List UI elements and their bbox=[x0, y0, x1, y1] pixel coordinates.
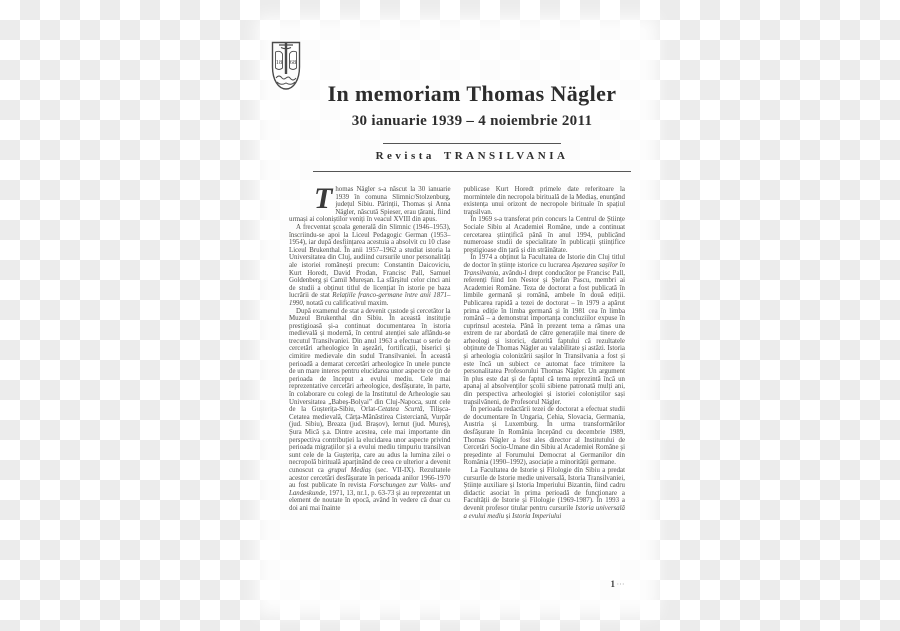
paragraph: A frecventat școala generală din Slimnic… bbox=[289, 224, 451, 308]
page-number-marks: ››› bbox=[617, 582, 625, 587]
header-divider-top bbox=[383, 143, 561, 144]
page-title: In memoriam Thomas Nägler bbox=[298, 81, 646, 107]
drop-cap: T bbox=[314, 187, 332, 210]
transparency-checkerboard-background: 18 68 In memoriam Thomas Nägler 30 ianua… bbox=[0, 0, 900, 631]
paragraph: În 1969 s-a transferat prin concurs la C… bbox=[464, 216, 626, 254]
right-column: publicase Kurt Horedt primele date refer… bbox=[464, 186, 626, 572]
subtitle-dates: 30 ianuarie 1939 – 4 noiembrie 2011 bbox=[298, 113, 646, 130]
page-number: 1 bbox=[611, 579, 616, 589]
left-column: Thomas Nägler s-a născut la 30 ianuarie … bbox=[289, 186, 451, 572]
journal-name: RevistaTRANSILVANIA bbox=[298, 150, 646, 162]
paragraph: publicase Kurt Horedt primele date refer… bbox=[464, 186, 626, 216]
journal-word-transilvania: TRANSILVANIA bbox=[444, 150, 569, 162]
page-footer: 1››› bbox=[611, 579, 626, 589]
article-body: Thomas Nägler s-a născut la 30 ianuarie … bbox=[289, 186, 625, 572]
journal-word-revista: Revista bbox=[376, 150, 435, 162]
paragraph: La Facultatea de Istorie și Filologie di… bbox=[464, 467, 626, 520]
emblem-year-left: 18 bbox=[276, 59, 283, 66]
document-page: 18 68 In memoriam Thomas Nägler 30 ianua… bbox=[268, 28, 646, 604]
paragraph: După examenul de stat a devenit custode … bbox=[289, 308, 451, 513]
paragraph: În perioada redactării tezei de doctorat… bbox=[464, 406, 626, 467]
emblem-year-right: 68 bbox=[290, 59, 297, 66]
paragraph: Thomas Nägler s-a născut la 30 ianuarie … bbox=[289, 186, 451, 224]
header-divider-bottom bbox=[313, 171, 631, 172]
paragraph: În 1974 a obținut la Facultatea de Istor… bbox=[464, 254, 626, 406]
